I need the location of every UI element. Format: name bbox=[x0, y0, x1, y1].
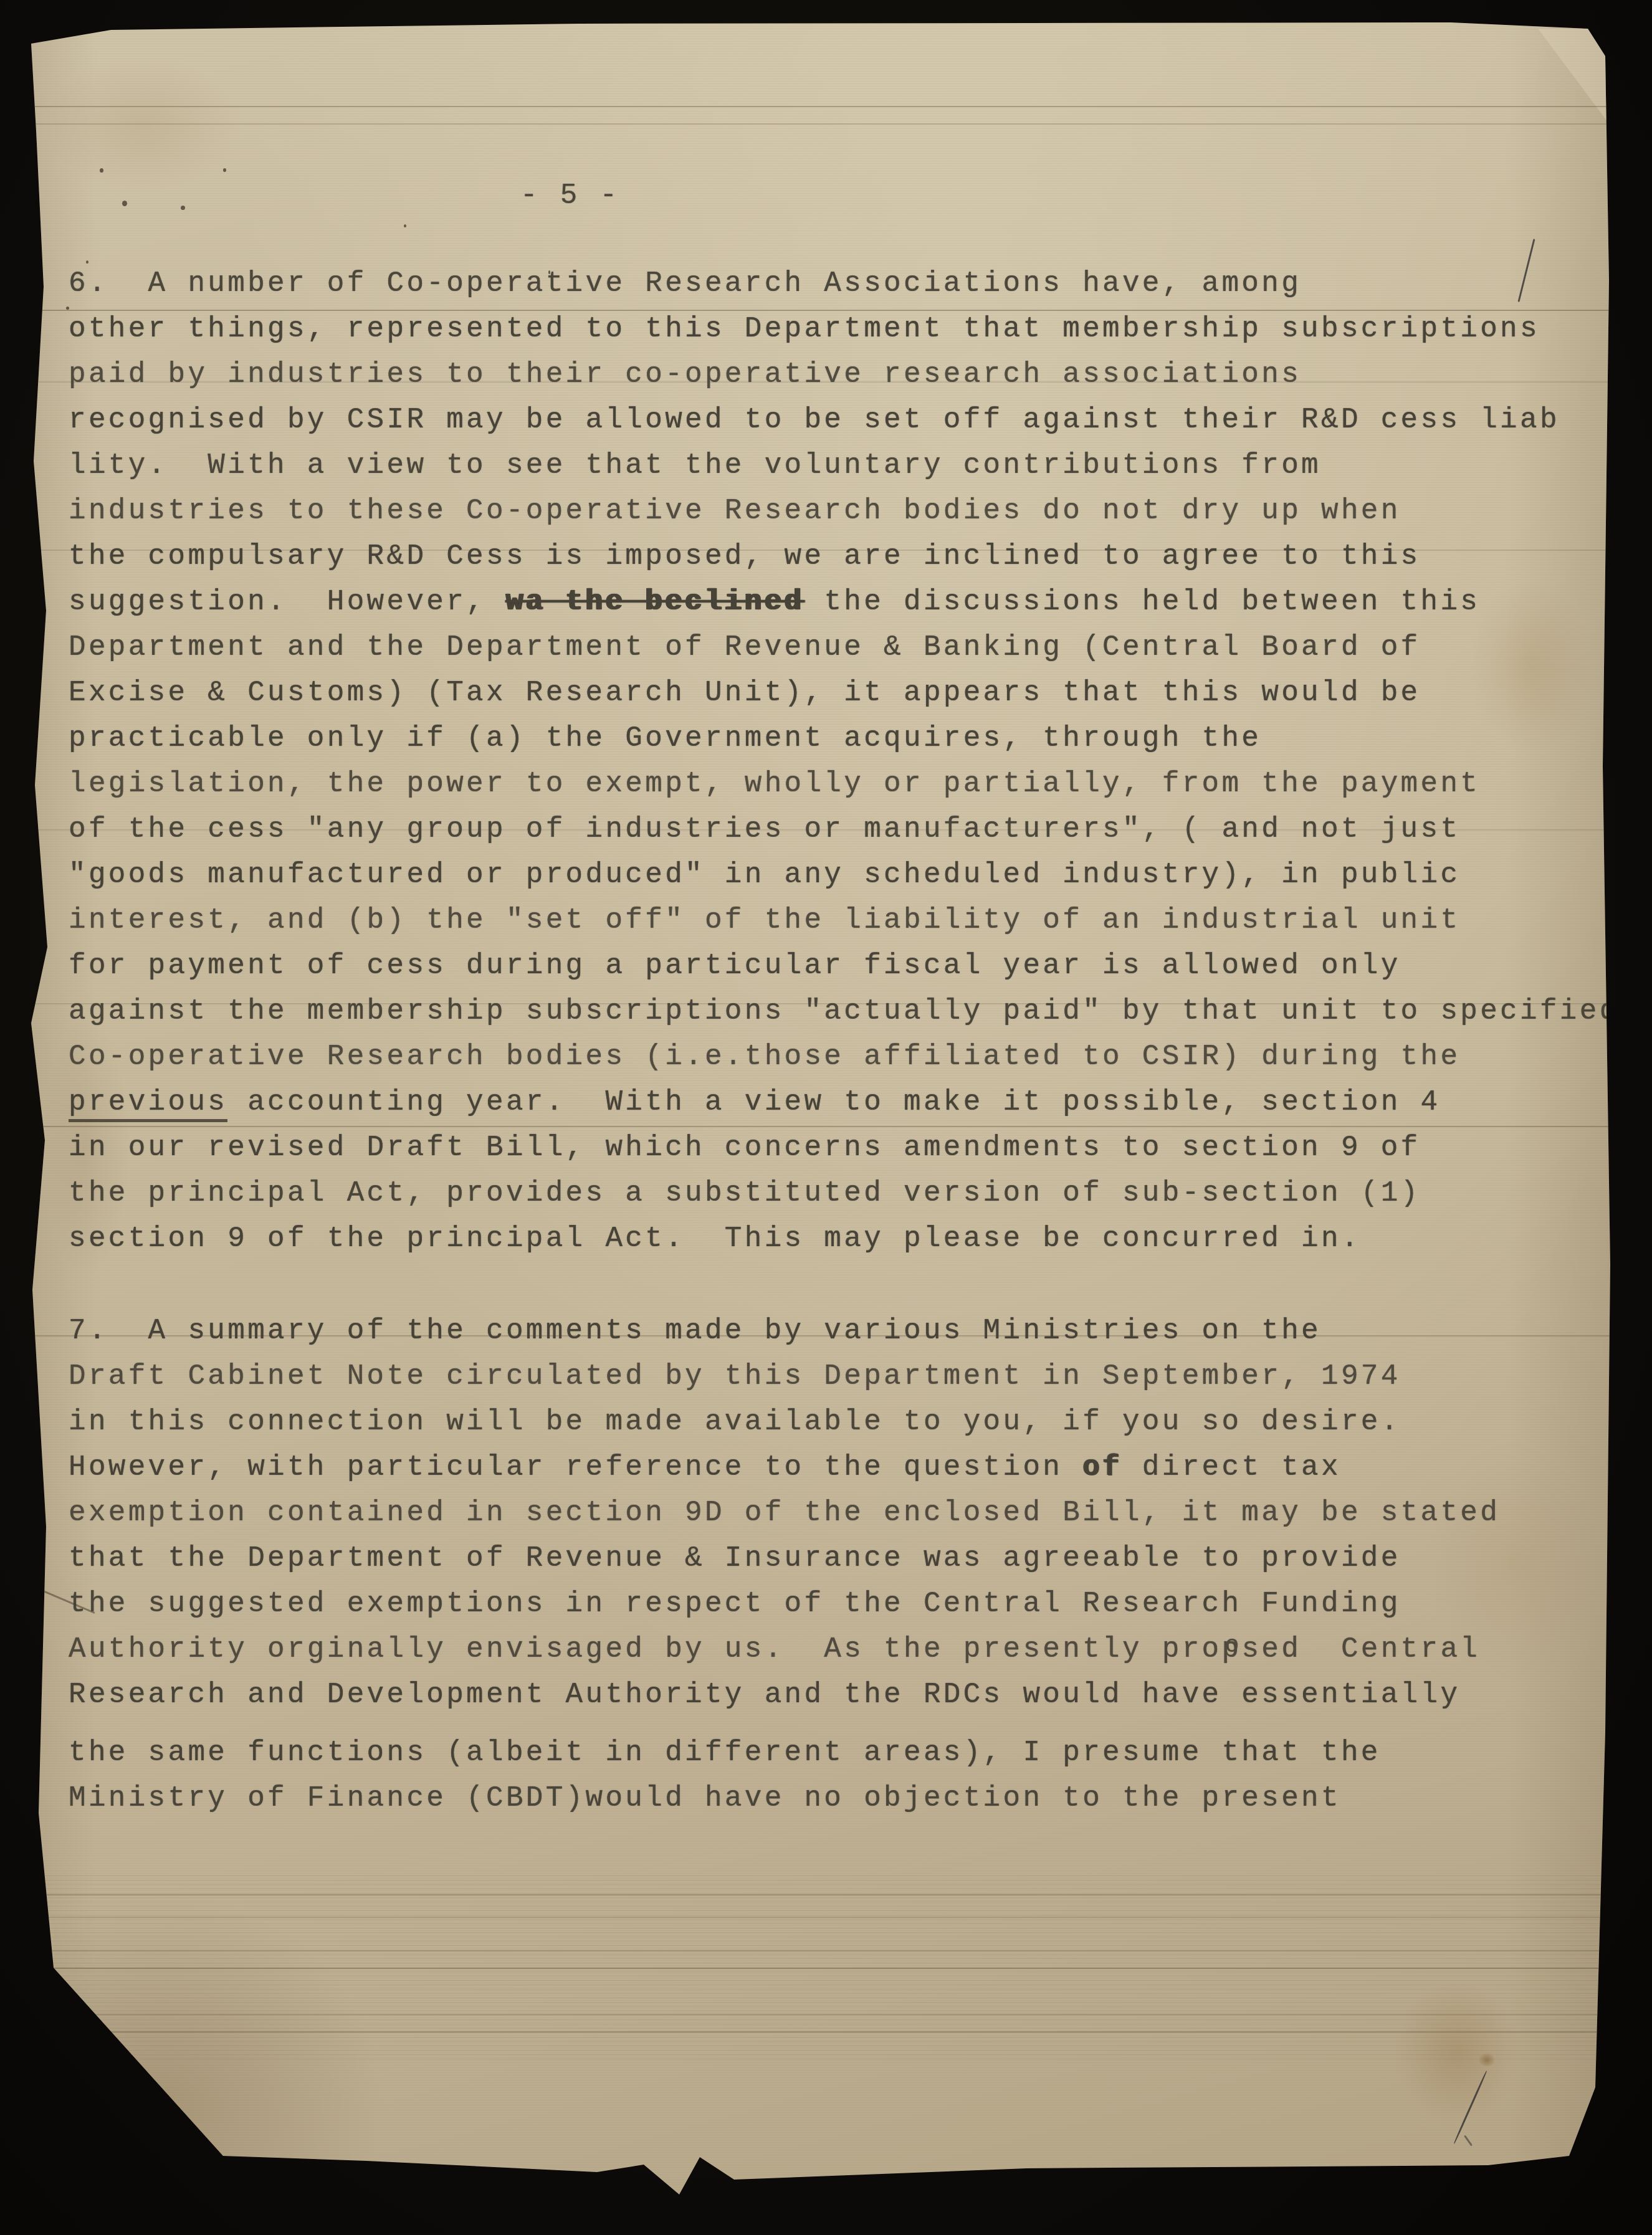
text-segment: for payment of cess during a particular … bbox=[69, 950, 1401, 982]
text-segment: "goods manufactured or produced" in any … bbox=[69, 859, 1460, 891]
inserted-letter: o bbox=[1225, 1634, 1241, 1658]
text-line: Department and the Department of Revenue… bbox=[69, 633, 1421, 662]
text-segment: direct tax bbox=[1122, 1451, 1341, 1484]
text-line: the compulsary R&D Cess is imposed, we a… bbox=[69, 542, 1421, 571]
speck bbox=[86, 260, 88, 264]
crease-line bbox=[17, 123, 1619, 125]
text-segment: 7. A summary of the comments made by var… bbox=[69, 1315, 1321, 1347]
text-segment: in this connection will be made availabl… bbox=[69, 1406, 1401, 1438]
crease-line bbox=[17, 1917, 1619, 1918]
text-segment: Excise & Customs) (Tax Research Unit), i… bbox=[69, 677, 1421, 709]
text-line: of the cess "any group of industries or … bbox=[69, 815, 1460, 844]
text-segment: recognised by CSIR may be allowed to be … bbox=[69, 404, 1560, 436]
text-segment: the principal Act, provides a substitute… bbox=[69, 1177, 1421, 1209]
text-line: industries to these Co-operative Researc… bbox=[69, 497, 1401, 525]
text-line: Authority orginally envisaged by us. As … bbox=[69, 1635, 1480, 1664]
speck bbox=[181, 206, 185, 210]
speck bbox=[122, 201, 127, 206]
crease-line bbox=[17, 1968, 1619, 1969]
text-line: other things, represented to this Depart… bbox=[69, 315, 1540, 343]
text-line: exemption contained in section 9D of the… bbox=[69, 1499, 1500, 1527]
speck bbox=[66, 307, 69, 310]
text-segment: the discussions held between this bbox=[804, 586, 1480, 618]
speck bbox=[223, 168, 226, 172]
text-segment: other things, represented to this Depart… bbox=[69, 313, 1540, 345]
text-segment: 6. A number of Co-operative Research Ass… bbox=[69, 267, 1301, 300]
text-segment: Authority orginally envisaged by us. As … bbox=[69, 1633, 1241, 1666]
text-line: that the Department of Revenue & Insuran… bbox=[69, 1544, 1401, 1573]
text-line: previous accounting year. With a view to… bbox=[69, 1088, 1440, 1117]
text-line: 7. A summary of the comments made by var… bbox=[69, 1317, 1321, 1345]
text-line: Ministry of Finance (CBDT)would have no … bbox=[69, 1784, 1341, 1813]
crease-line bbox=[17, 310, 1619, 311]
text-line: Research and Development Authority and t… bbox=[69, 1680, 1460, 1709]
text-line: "goods manufactured or produced" in any … bbox=[69, 860, 1460, 889]
crease-line bbox=[17, 106, 1619, 107]
text-segment: the suggested exemptions in respect of t… bbox=[69, 1588, 1401, 1620]
text-segment: of the cess "any group of industries or … bbox=[69, 813, 1460, 846]
text-segment: in our revised Draft Bill, which concern… bbox=[69, 1132, 1421, 1164]
text-line: interest, and (b) the "set off" of the l… bbox=[69, 906, 1460, 935]
text-segment: against the membership subscriptions "ac… bbox=[69, 995, 1620, 1027]
text-line: in our revised Draft Bill, which concern… bbox=[69, 1133, 1421, 1162]
text-segment: Department and the Department of Revenue… bbox=[69, 631, 1421, 664]
text-line: practicable only if (a) the Government a… bbox=[69, 724, 1261, 753]
text-segment: of bbox=[1082, 1451, 1122, 1484]
text-line: suggestion. However, wa the beclined the… bbox=[69, 588, 1480, 616]
text-segment: sed Central bbox=[1241, 1633, 1480, 1666]
text-line: in this connection will be made availabl… bbox=[69, 1408, 1401, 1436]
text-line: Draft Cabinet Note circulated by this De… bbox=[69, 1362, 1401, 1391]
text-line: recognised by CSIR may be allowed to be … bbox=[69, 406, 1560, 434]
scanned-document-page: - 5 - 6. A number of Co-operative Resear… bbox=[0, 0, 1652, 2235]
text-segment: exemption contained in section 9D of the… bbox=[69, 1497, 1500, 1529]
crease-line bbox=[17, 1894, 1619, 1895]
text-segment: legislation, the power to exempt, wholly… bbox=[69, 768, 1480, 800]
crease-line bbox=[17, 1126, 1619, 1127]
text-segment: paid by industries to their co-operative… bbox=[69, 358, 1301, 391]
text-segment: Co-operative Research bodies (i.e.those … bbox=[69, 1041, 1460, 1073]
text-segment: suggestion. However, bbox=[69, 586, 506, 618]
text-line: 6. A number of Co-operative Research Ass… bbox=[69, 269, 1301, 298]
text-segment: practicable only if (a) the Government a… bbox=[69, 722, 1261, 755]
text-segment: lity. With a view to see that the volunt… bbox=[69, 449, 1321, 482]
speck bbox=[404, 224, 406, 227]
text-segment: the compulsary R&D Cess is imposed, we a… bbox=[69, 540, 1421, 573]
text-segment: wa the beclined bbox=[506, 586, 805, 618]
text-segment: Draft Cabinet Note circulated by this De… bbox=[69, 1360, 1401, 1393]
text-line: the principal Act, provides a substitute… bbox=[69, 1179, 1421, 1208]
stain bbox=[1469, 579, 1594, 754]
text-segment: section 9 of the principal Act. This may… bbox=[69, 1222, 1361, 1255]
text-line: legislation, the power to exempt, wholly… bbox=[69, 770, 1480, 798]
text-segment: the same functions (albeit in different … bbox=[69, 1737, 1381, 1769]
text-segment: interest, and (b) the "set off" of the l… bbox=[69, 904, 1460, 936]
crease-line bbox=[17, 2031, 1619, 2032]
text-segment: that the Department of Revenue & Insuran… bbox=[69, 1542, 1401, 1575]
crease-line bbox=[17, 1950, 1619, 1951]
text-segment: Research and Development Authority and t… bbox=[69, 1679, 1460, 1711]
paper-sheet: - 5 - 6. A number of Co-operative Resear… bbox=[17, 19, 1619, 2196]
text-segment: industries to these Co-operative Researc… bbox=[69, 495, 1401, 527]
page-number: - 5 - bbox=[520, 179, 620, 212]
text-line: against the membership subscriptions "ac… bbox=[69, 997, 1620, 1026]
text-line: However, with particular reference to th… bbox=[69, 1453, 1341, 1482]
stain bbox=[1479, 2053, 1495, 2067]
text-line: lity. With a view to see that the volunt… bbox=[69, 451, 1321, 480]
text-line: the suggested exemptions in respect of t… bbox=[69, 1589, 1401, 1618]
text-line: Excise & Customs) (Tax Research Unit), i… bbox=[69, 679, 1421, 707]
stain bbox=[42, 56, 242, 193]
speck bbox=[100, 168, 103, 173]
text-line: for payment of cess during a particular … bbox=[69, 951, 1401, 980]
text-line: the same functions (albeit in different … bbox=[69, 1738, 1381, 1767]
text-segment: However, with particular reference to th… bbox=[69, 1451, 1082, 1484]
text-segment: previous bbox=[69, 1086, 227, 1122]
text-segment: Ministry of Finance (CBDT)would have no … bbox=[69, 1782, 1341, 1814]
text-segment: accounting year. With a view to make it … bbox=[227, 1086, 1440, 1118]
text-line: section 9 of the principal Act. This may… bbox=[69, 1224, 1361, 1253]
crease-line bbox=[17, 2014, 1619, 2015]
stain bbox=[1395, 1981, 1519, 2125]
text-line: Co-operative Research bodies (i.e.those … bbox=[69, 1042, 1460, 1071]
text-line: paid by industries to their co-operative… bbox=[69, 360, 1301, 389]
corner-fold-shadow bbox=[54, 1875, 403, 2162]
